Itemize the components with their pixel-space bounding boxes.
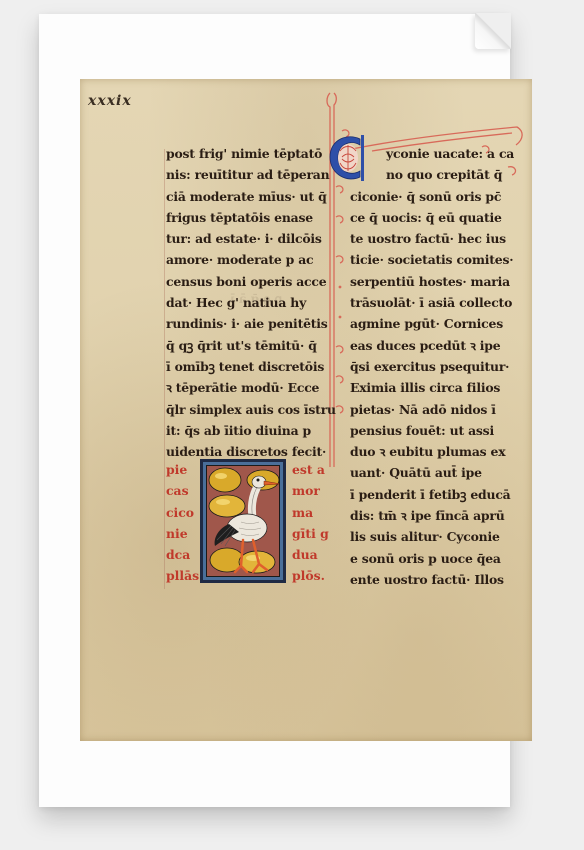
text-line: amore· moderate p ac bbox=[166, 249, 326, 270]
text-line: ꝛ tēperātie modū· Ecce bbox=[166, 377, 326, 398]
rubric-line: cas bbox=[166, 480, 199, 501]
text-line: tur: ad estate· i· dilcōis bbox=[166, 228, 326, 249]
text-line: pietas· Nā adō nidos ī bbox=[350, 399, 520, 420]
rubric-line: ma bbox=[292, 502, 329, 523]
manuscript-folio: ꝑ ꝯ q̄ ā ī xxxix bbox=[80, 79, 532, 741]
miniature-panel bbox=[206, 465, 280, 577]
rubric-line: pllās bbox=[166, 565, 199, 586]
rubric-line: mor bbox=[292, 480, 329, 501]
text-line: lis suis alitur· Cyconie bbox=[350, 526, 520, 547]
text-line: yconie uacate: a ca bbox=[350, 143, 520, 164]
text-line: agmine pgūt· Cornices bbox=[350, 313, 520, 334]
text-line: trāsuolāt· ī asiā collecto bbox=[350, 292, 520, 313]
text-line: ce q̄ uocis: q̄ eū quatie bbox=[350, 207, 520, 228]
text-line: post frig' nimie tēptatō bbox=[166, 143, 326, 164]
text-line: eas duces pcedūt ꝛ ipe bbox=[350, 335, 520, 356]
text-line: te uostro factū· hec ius bbox=[350, 228, 520, 249]
rubric-line: pie bbox=[166, 459, 199, 480]
text-line: it: q̄s ab īitio diuina p bbox=[166, 420, 326, 441]
image-viewer: ꝑ ꝯ q̄ ā ī xxxix bbox=[0, 0, 584, 850]
rubric-line: dca bbox=[166, 544, 199, 565]
text-line: pensius fouēt: ut assi bbox=[350, 420, 520, 441]
text-line: serpentiū hostes· maria bbox=[350, 271, 520, 292]
text-line: ī penderit ī fetibꝫ educā bbox=[350, 484, 520, 505]
text-line: dis: tm̄ ꝛ ipe fīncā aprū bbox=[350, 505, 520, 526]
rubric-line: est a bbox=[292, 459, 329, 480]
text-line: dat· Hec g' natiua hy bbox=[166, 292, 326, 313]
folio-number: xxxix bbox=[88, 93, 132, 109]
rubric-line: gīti g bbox=[292, 523, 329, 544]
text-line: ciā moderate mīus· ut q̄ bbox=[166, 186, 326, 207]
stork-illustration bbox=[207, 466, 280, 577]
rubric-left-column: pie cas cico nie dca pllās bbox=[166, 459, 199, 587]
text-line: duo ꝛ eubitu plumas ex bbox=[350, 441, 520, 462]
text-line: no quo crepitāt q̄ bbox=[350, 164, 520, 185]
rubric-line: dua bbox=[292, 544, 329, 565]
rubric-line: plōs. bbox=[292, 565, 329, 586]
rubric-line: cico bbox=[166, 502, 199, 523]
rubric-line: nie bbox=[166, 523, 199, 544]
text-line: uant· Quātū aut̄ ipe bbox=[350, 462, 520, 483]
ruling-line bbox=[164, 149, 165, 589]
stork-miniature bbox=[200, 459, 286, 583]
text-line: q̄si exercitus psequitur· bbox=[350, 356, 520, 377]
rubric-right-column: est a mor ma gīti g dua plōs. bbox=[292, 459, 329, 587]
text-line: rundinis· i· aie penitētis bbox=[166, 313, 326, 334]
right-text-column: yconie uacate: a ca no quo crepitāt q̄ c… bbox=[350, 143, 520, 590]
text-line: nis: reuītitur ad tēperan bbox=[166, 164, 326, 185]
text-line: frigus tēptatōis enase bbox=[166, 207, 326, 228]
text-line: Eximia illis circa filios bbox=[350, 377, 520, 398]
text-line: ticie· societatis comites· bbox=[350, 249, 520, 270]
text-line: ente uostro factū· Illos bbox=[350, 569, 520, 590]
text-line: ī omībꝫ tenet discretōis bbox=[166, 356, 326, 377]
text-line: ciconie· q̄ sonū oris pc̄ bbox=[350, 186, 520, 207]
text-line: census boni operis acce bbox=[166, 271, 326, 292]
text-line: q̄lr simplex auis cos īstru bbox=[166, 399, 326, 420]
page-curl-corner bbox=[475, 13, 511, 49]
text-line: e sonū oris p uoce q̄ea bbox=[350, 548, 520, 569]
left-text-column: post frig' nimie tēptatō nis: reuītitur … bbox=[166, 143, 326, 462]
text-line: q̄ qꝫ q̄rit ut's tēmitū· q̄ bbox=[166, 335, 326, 356]
